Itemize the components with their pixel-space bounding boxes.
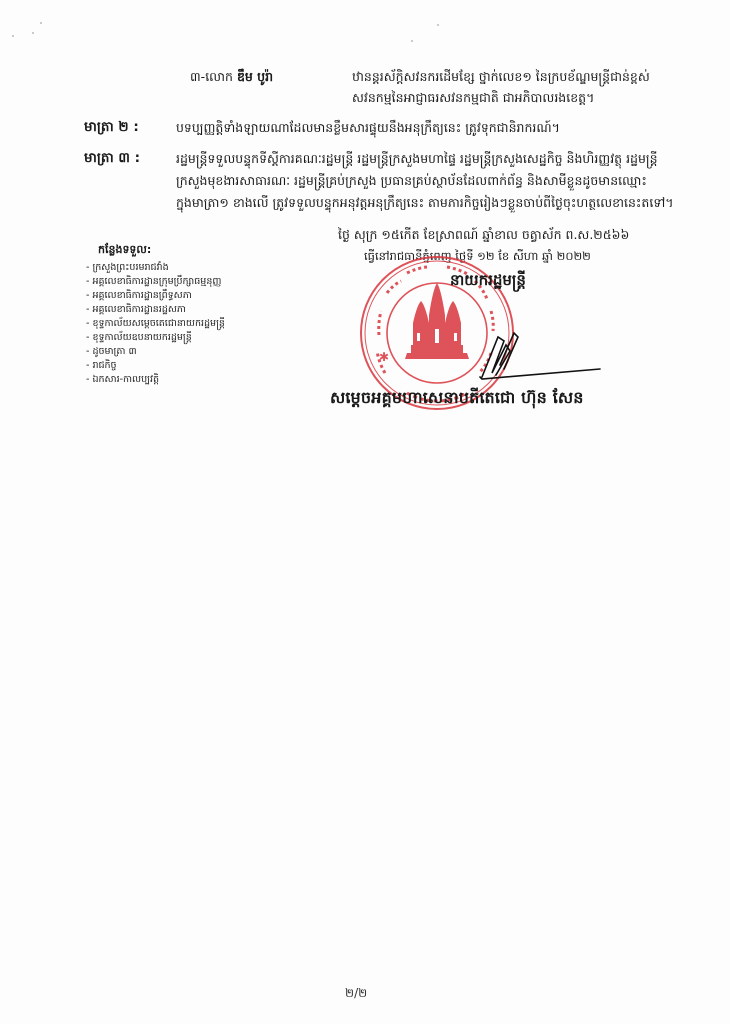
scan-speck bbox=[12, 35, 14, 37]
svg-text:✱: ✱ bbox=[379, 350, 389, 364]
recipients-list: - ក្រសួងព្រះបរមរាជវាំង - អគ្គលេខាធិការដ្… bbox=[86, 261, 225, 387]
recipient-item: - ក្រសួងព្រះបរមរាជវាំង bbox=[86, 261, 225, 275]
page-number: ២/២ bbox=[345, 985, 367, 1003]
article2-label: មាត្រា ២ : bbox=[84, 118, 139, 138]
recipient-item: - ខុទ្ទកាល័យសម្តេចតេជោនាយករដ្ឋមន្ត្រី bbox=[86, 317, 225, 331]
scan-speck bbox=[32, 32, 34, 34]
item3-name: ៣-លោក ឌឹម បូរ៉ា bbox=[190, 68, 273, 86]
recipient-item: - ឯកសារ-កាលប្បវត្តិ bbox=[86, 373, 225, 387]
item3-line1: ឋានន្តរស័ក្តិសវនករដើមខ្សែ ថ្នាក់លេខ១ នៃក… bbox=[352, 68, 650, 86]
angkor-wat-emblem-icon bbox=[405, 283, 469, 359]
article3-line1: រដ្ឋមន្ត្រីទទួលបន្ទុកទីស្តីការគណៈរដ្ឋមន្… bbox=[176, 150, 658, 168]
item3-number: ៣-លោក bbox=[190, 69, 237, 84]
handwritten-signature bbox=[470, 325, 610, 385]
lunar-date: ថ្ងៃ សុក្រ ១៥កើត ខែស្រាពណ៍ ឆ្នាំខាល ចត្វ… bbox=[338, 226, 629, 244]
item3-line2: សវនកម្មនៃអាជ្ញាធរសវនកម្មជាតិ ជាអភិបាលរងខ… bbox=[352, 89, 594, 107]
recipient-item: - អគ្គលេខាធិការដ្ឋានក្រុមប្រឹក្សាធម្មនុញ… bbox=[86, 275, 225, 289]
recipient-item: - អគ្គលេខាធិការដ្ឋានព្រឹទ្ធសភា bbox=[86, 289, 225, 303]
recipient-item: - ខុទ្ទកាល័យឧបនាយករដ្ឋមន្ត្រី bbox=[86, 331, 225, 345]
recipient-item: - រាជកិច្ច bbox=[86, 359, 225, 373]
article3-label: មាត្រា ៣ : bbox=[84, 149, 140, 169]
article2-text: បទប្បញ្ញត្តិទាំងឡាយណាដែលមានខ្លឹមសារផ្ទុយ… bbox=[176, 119, 560, 137]
recipient-item: - អគ្គលេខាធិការដ្ឋានរដ្ឋសភា bbox=[86, 303, 225, 317]
scan-speck bbox=[437, 24, 439, 26]
scan-speck bbox=[411, 40, 413, 42]
document-page: ៣-លោក ឌឹម បូរ៉ា ឋានន្តរស័ក្តិសវនករដើមខ្ស… bbox=[0, 0, 730, 1024]
recipient-item: - ដូចមាត្រា ៣ bbox=[86, 345, 225, 359]
signer-name: សម្តេចអគ្គមហាសេនាបតីតេជោ ហ៊ុន សែន bbox=[330, 387, 584, 411]
scan-speck bbox=[40, 22, 42, 24]
recipients-title: កន្លែងទទួល: bbox=[98, 243, 151, 259]
item3-person-name: ឌឹម បូរ៉ា bbox=[237, 69, 273, 84]
article3-line2: ក្រសួងមុខងារសាធារណៈ រដ្ឋមន្ត្រីគ្រប់ក្រស… bbox=[176, 172, 647, 190]
signatory-title: នាយករដ្ឋមន្ត្រី bbox=[450, 271, 526, 293]
article3-line3: ក្នុងមាត្រា១ ខាងលើ ត្រូវទទួលបន្ទុកអនុវត្… bbox=[176, 194, 673, 212]
